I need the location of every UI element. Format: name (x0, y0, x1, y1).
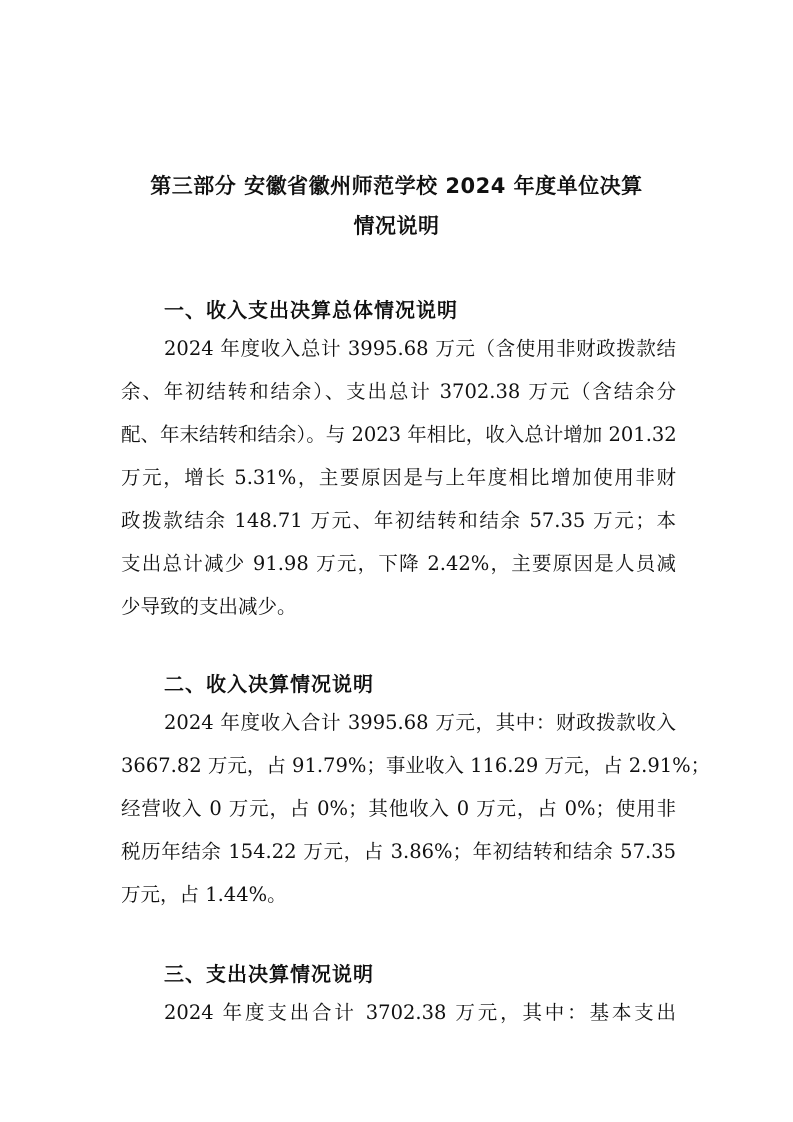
section-heading-overview: 一、收入支出决算总体情况说明 (164, 294, 458, 323)
section-heading-expenditure: 三、支出决算情况说明 (164, 958, 374, 987)
document-title-line-1: 第三部分 安徽省徽州师范学校 2024 年度单位决算 (0, 170, 793, 200)
paragraph-line: 支出总计减少 91.98 万元，下降 2.42%，主要原因是人员减 (121, 552, 676, 576)
paragraph-line: 余、年初结转和结余）、支出总计 3702.38 万元（含结余分 (121, 380, 676, 404)
paragraph-line: 3667.82 万元，占 91.79%；事业收入 116.29 万元，占 2.9… (121, 754, 676, 778)
paragraph-line: 政拨款结余 148.71 万元、年初结转和结余 57.35 万元；本 (121, 509, 676, 533)
paragraph-line: 万元，占 1.44%。 (121, 883, 676, 907)
paragraph-line: 经营收入 0 万元，占 0%；其他收入 0 万元，占 0%；使用非 (121, 797, 676, 821)
document-page: 第三部分 安徽省徽州师范学校 2024 年度单位决算 情况说明 一、收入支出决算… (0, 0, 793, 1122)
paragraph-line: 配、年末结转和结余）。与 2023 年相比，收入总计增加 201.32 (121, 423, 676, 447)
paragraph-line: 税历年结余 154.22 万元，占 3.86%；年初结转和结余 57.35 (121, 840, 676, 864)
paragraph-line: 2024 年度支出合计 3702.38 万元，其中：基本支出 (164, 1001, 676, 1025)
paragraph-line: 2024 年度收入总计 3995.68 万元（含使用非财政拨款结 (164, 337, 676, 361)
paragraph-line: 少导致的支出减少。 (121, 595, 676, 619)
document-title-line-2: 情况说明 (0, 210, 793, 240)
paragraph-line: 万元，增长 5.31%，主要原因是与上年度相比增加使用非财 (121, 466, 676, 490)
paragraph-line: 2024 年度收入合计 3995.68 万元，其中：财政拨款收入 (164, 711, 676, 735)
section-heading-income: 二、收入决算情况说明 (164, 668, 374, 697)
